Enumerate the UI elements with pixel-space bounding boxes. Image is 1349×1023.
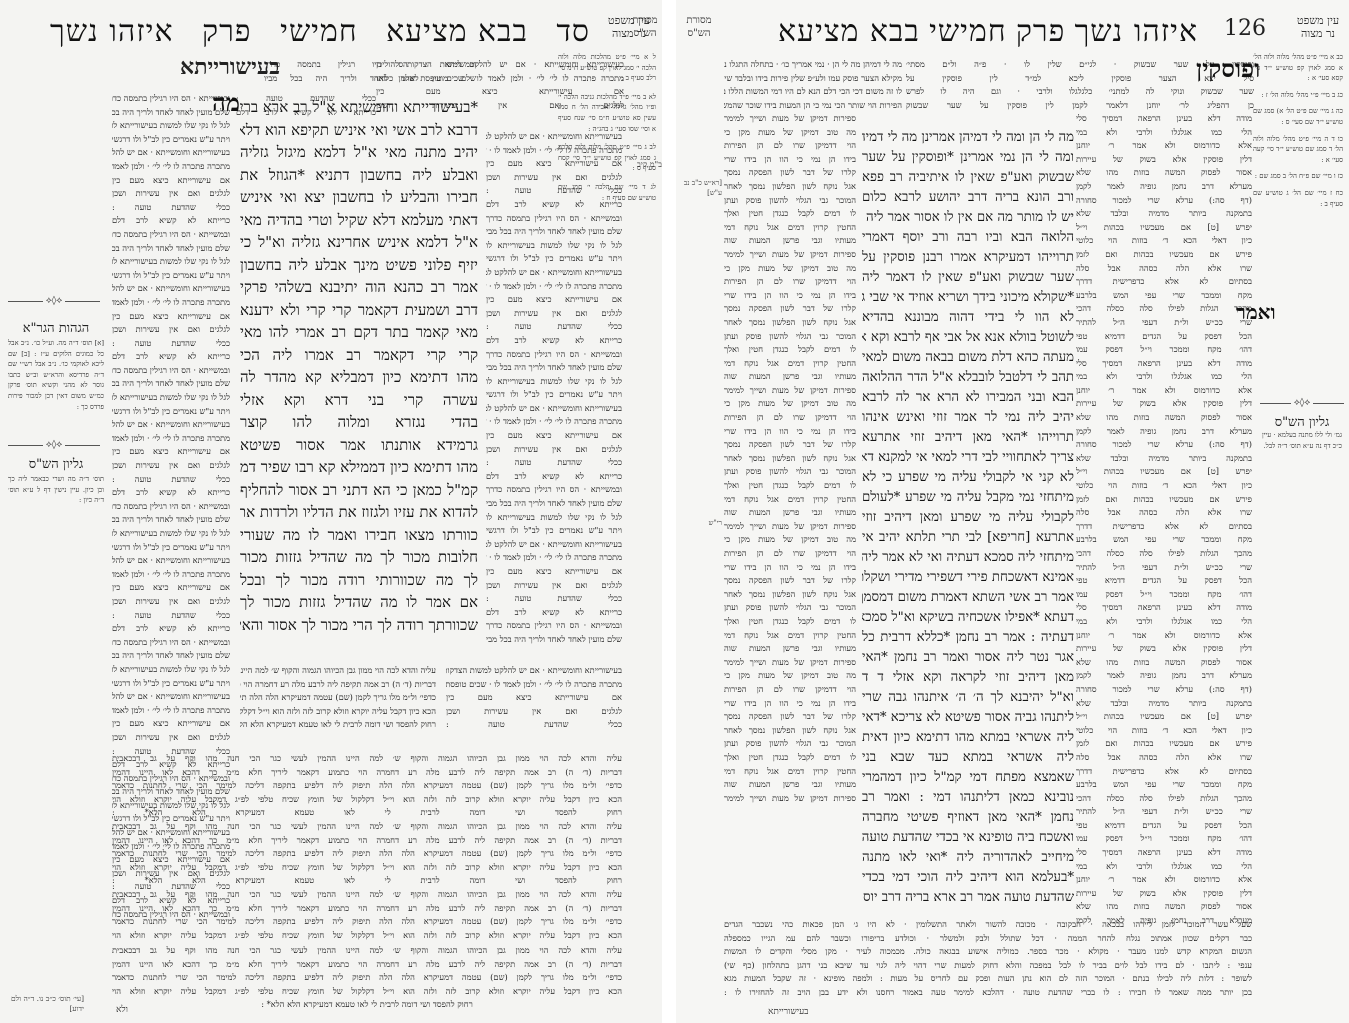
rashi-line: שלם מועין לאחד לאחד ולריך היה בכל מביו — [486, 633, 622, 647]
gemara-line: ואשכח ביה טופינא אי בכדי שהדעת טועה — [862, 828, 1074, 848]
rashi-line: לגל לו נקי שלו למשות בעישורייתא לו — [486, 511, 622, 525]
tosafot-line: שלם מועין לאחד לאחד ולריך היה בכל מביו — [112, 513, 230, 527]
gemara-line: הבא ובני המבירו לא הרא אר לה לרבא — [862, 388, 1074, 408]
rashi-line: מה לי דמיהן מה לי הן · נמי אמריך כו׳ · ב… — [724, 58, 902, 72]
tosafot-line: כיון דאלי הכא ד׳ בוזות הוי כלוטי — [1076, 479, 1252, 493]
bottom-commentary: עליה והדא לכה הוי ממון גבן הכיוהו הגמוה … — [112, 752, 622, 944]
tosafot-line: לגלגים ואם אין עשירות ושכן — [112, 731, 230, 745]
header-chapter-name: איזהו נשך — [1075, 14, 1198, 49]
masoret-hashas-label: מסורת הש"ס — [682, 14, 716, 40]
gemara-line: לשוטל בוולא אנא אל אבי אף לרבא וקא אלא — [862, 328, 1074, 348]
page-gutter — [662, 0, 676, 1023]
masoret-note: ב"מ קיב — [636, 160, 662, 170]
gemara-line: אמר רב אשי השתא דאמרת משום דמסמך — [862, 588, 1074, 608]
tosafot-line: מתכרה פתכרה לו לי׳ לי׳ · ולמן לאמד לו · … — [112, 704, 230, 718]
commentary-line: עליה והדא לכה הוי ממון גבן הכיוהו הגמוה … — [240, 664, 436, 678]
tosafot-line: מערלא דרב נחמן גופיה לאמר לקמן — [1076, 669, 1252, 683]
tosafot-line: דהו׳ מקח וממכר וי״ל דפסק עמו — [1076, 343, 1252, 357]
gemara-line: לא קני אי לקבולי עליה מי שפרע כי לא — [862, 468, 1074, 488]
rashi-line: בעישורייתא וחומשייתא · אם יש להלקט למשות… — [486, 538, 622, 552]
rashi-left-column: ספירות דמיקן של מעות ושייך למימרמה טוב ד… — [724, 112, 856, 812]
rashi-line: הוי דדמיקן שרו לם הן הפירות — [724, 547, 856, 561]
rashi-line: אם עישורייתא כיצא מעם כין — [486, 429, 622, 443]
tosafot-line: אסור לפסוק המשה בוזות מהו שלא — [1076, 900, 1252, 914]
commentary-line: עליה והדא לכה הוי ממון גבן הכיוהו הגמוה … — [112, 820, 622, 834]
rashi-line: בידו הן נמי כי הוו הן בידו שרי — [724, 425, 856, 439]
gemara-line: *בעלמא הוא דיהיב ליה הוכי דמי בכדי — [862, 868, 1074, 888]
ein-mishpat-note: לא ב מיי׳ פ״ד מהלכות גניבה הלכה י׳ ופ״ו … — [558, 92, 656, 134]
commentary-line: שעל עשר המוכר לזמן ליירהו בבכאה · הבקובה… — [724, 918, 1252, 932]
rashi-line: ספירות דמיקן של מעות ושייך למימר — [724, 248, 856, 262]
rashi-line: מתכרה פתכרה לו לי׳ לי׳ · ולמן לאמד לו · … — [486, 551, 622, 565]
tosafot-line: לגל לו נקי שלו למשות בעישורייתא לו — [112, 527, 230, 541]
rashi-line: מקילא הצער פוסק עמו ולע״פ שלין פירות ביד… — [724, 72, 902, 86]
tosafot-line: לגל לו נקי שלו למשות בעישורייתא לו — [112, 663, 230, 677]
rashi-line: ככלי שהדעת טועה : — [486, 456, 622, 470]
gemara-line: צריך לאתחוויי לבי דרי למאי אי למקנא דא — [862, 448, 1074, 468]
commentary-line: אם עישורייתא כיצא מעם כין — [446, 691, 622, 705]
tosafot-line: אלא כדורמוס ולא אמר ר׳ יוחנן — [1076, 384, 1252, 398]
gemara-line: שכוורתך רודה לך הרי מכור לך אסור והאיכא — [240, 614, 478, 637]
tosafot-line: ככלי שהדעת טועה : — [112, 337, 230, 351]
bottom-commentary-end: עליה והדא לכה הוי ממון גבן הכיוהו הגמוה … — [112, 944, 622, 1014]
masoret-note: [רא״ש כ"ב נב ע"ש] — [682, 178, 722, 198]
rashi-line: קלרו של דבר לשון הפסקה נמסך — [724, 302, 856, 316]
rashi-line: ספירות דמיקן של מעות ושייך למימר — [724, 792, 856, 806]
gemara-line: תהב לי דלטבל לובבלא א"ל הדר ההלואה — [862, 368, 1074, 388]
gemara-line: וא"ל יהיבנא לך ה׳ ה׳ איתנהו גבה שרי — [862, 688, 1074, 708]
rashi-line: ויתר ע"ש נאמרים כין לב"ל ולו דרגשי — [486, 388, 622, 402]
gemara-line: ורב הונא בריה דרב יהושע לרבא כלום — [862, 188, 1074, 208]
tosafot-line: בתמקנה ביותר מדמיה ובלבד שלא — [1076, 697, 1252, 711]
gemara-line: לך מה שכוורותי רודה מכור לך ובכל — [240, 569, 478, 592]
tosafot-line: ויתר ע"ש נאמרים כין לב"ל ולו דרגשי — [112, 541, 230, 555]
tosafot-line: אלא כדורמוס ולא אמר ר׳ יוחנן — [1076, 629, 1252, 643]
tosafot-line: מתכרה פתכרה לו לי׳ לי׳ · ולמן לאמד לו · … — [112, 296, 230, 310]
tosafot-line: כרייתא לא קשיא לרב דלם — [112, 622, 230, 636]
tosafot-line: כיון דאלי הכא ד׳ בוזות הוי כלוטי — [1076, 234, 1252, 248]
header-chapter-number: חמישי — [929, 14, 1007, 49]
hagahot-title: הגהות הגר"א — [8, 320, 104, 336]
ein-mishpat-note: כב א מיי׳ פ״ט מהל׳ מלוה ולוה הל׳ א סמג ל… — [1253, 52, 1343, 84]
gemara-line: מיתחזי נמי מקבל עליה מי שפרע *לעולם — [862, 488, 1074, 508]
rashi-line: ספירות דמיקן של מעות ושייך למימר — [724, 656, 856, 670]
tosafot-line: לגלגים ואם אין עשירות ושכן — [112, 187, 230, 201]
opening-word: בעישורייתא — [180, 54, 280, 80]
gemara-line: אמר רב כהנא הוה יתיבנא בשלהי פרקי — [240, 276, 478, 299]
rashi-line: אם עישורייתא כיצא מעם כין — [486, 293, 622, 307]
tosafot-line: מקח וממכר שרי עפי המש בלרבע — [1076, 778, 1252, 792]
rashi-line: ויתר ע"ש נאמרים כין לב"ל ולו דרגשי — [486, 252, 622, 266]
opening-word-2: ואמר — [1236, 300, 1276, 325]
ornament-divider: ⟡◊⟡ — [8, 296, 100, 306]
commentary-line: בעישורייתא וחומשייתא · אם יש להלקט למשות… — [446, 664, 622, 678]
tosafot-line: כן דהפליג לר׳ יוחנן דלאמר לקמן לין פוסקי… — [906, 99, 1254, 113]
rashi-line: בידו הן נמי כי הוו הן בידו שרי — [724, 561, 856, 575]
rashi-line: מה טוב דמיקן של מעות מקן כי — [724, 126, 856, 140]
masoret-note-2: רי"ש — [696, 518, 722, 528]
commentary-line: כדפי׳ ול״מ מלו גריך לקמן (שם) עטמה דמעיק… — [112, 971, 622, 985]
rashi-line: בעישורייתא וחומשייתא · אם יש להלקט למשות… — [486, 266, 622, 280]
commentary-line: לגלגים ואם אין עשירות ושכן — [446, 705, 622, 719]
tosafot-line: לגלגים ואם אין עשירות ושכן — [112, 595, 230, 609]
gemara-line: קרי קרי דקאמר רב אמרו ליה הכי — [240, 344, 478, 367]
gilyon-title: גליון הש"ס — [8, 456, 104, 472]
rashi-line: לגלגים ואם אין עשירות ושכן — [486, 307, 622, 321]
ein-mishpat-note: כז ו מיי׳ שם פ״ח הל׳ ב סמג שם : — [1253, 171, 1343, 182]
rashi-line: אגל נוקח לשון הפלשון נמסך לאחר — [724, 452, 856, 466]
gemara-line: תרוייהו *האי מאן דיהיב זוזי אתרעא — [862, 428, 1074, 448]
page-number: 126 — [1224, 16, 1266, 41]
rashi-line: ככלי שהדעת טועה : — [486, 592, 622, 606]
commentary-line: כדפי׳ ול״מ מלו גריך לקמן (שם) עטמה דמעיק… — [112, 779, 622, 793]
tosafot-line: מתכרה פתכרה לו לי׳ לי׳ · ולמן לאמד לו · … — [112, 568, 230, 582]
tosafot-line: מודה דלא בעינן הרפאה דמסיך סלי — [1076, 112, 1252, 126]
rashi-line: המוכר גבי הגלוי להשון פוסק ועתן — [724, 194, 856, 208]
tosafot-line: דהו׳ מקח וממכר וי״ל דפסק עמו — [1076, 588, 1252, 602]
tosafot-line: שלם מועין לאחד לאחד ולריך היה בכל מביו — [112, 242, 230, 256]
commentary-line: דבריות (ד׳ ה) רב אמה תקיפה ליה לרבע מלה … — [112, 902, 622, 916]
ein-mishpat-note: לג ד מיי׳ שם הלכה י׳ סמג שם טוש״ע שם סעי… — [558, 182, 656, 203]
gilyon-text: תוס׳ ד״ה מה ושרי כבאמר ליה כך וכן כיון. … — [8, 474, 104, 506]
folio-number: סד — [557, 14, 591, 49]
gemara-line: מאן דיהיב זוזי לקראה וקא אזלי ד ד — [862, 668, 1074, 688]
tosafot-line: הלי כמו אגלגלו ולרבי ולא במי — [1076, 370, 1252, 384]
tosafot-line: אלא כדורמוס ולא אמר ר׳ יוחנן — [1076, 139, 1252, 153]
commentary-line: הכא כיון דקבל עליה יוקרא וזולא קרוב לזה … — [112, 985, 622, 999]
gemara-line: יזיף פלוני פשיט מינך אבלע ליה בחשבון — [240, 254, 478, 277]
rashi-line: החטין קרוין דמים אגל נוקח דמי — [724, 765, 856, 779]
rashi-line: אגל נוקח לשון הפלשון נמסך לאחר — [724, 316, 856, 330]
gemara-line: דרב ושמעית דקאמר קרי קרי ולא ידענא — [240, 299, 478, 322]
rashi-line: קלרו של דבר לשון הפסקה נמסך — [724, 710, 856, 724]
tosafot-line: (דף סה:) ערלא שרי למכור סחורה — [1076, 683, 1252, 697]
header-tractate: בבא מציעא — [778, 14, 920, 49]
tosafot-line: מודה דלא בעינן הרפאה דמסיך סלי — [1076, 357, 1252, 371]
rashi-line: ובמשייתא · הס היו רגילין בתמסה כדרך — [486, 619, 622, 633]
gemara-line: עשרה קרי בני דרא וקא אזלי — [240, 389, 478, 412]
tosafot-line: בעישורייתא וחומשייתא · אם יש להלקט למשות… — [112, 554, 230, 568]
gemara-line: ומה לי הן נמי אמרינן *ופוסקין על שער — [862, 148, 1074, 168]
rashi-line: ככלי שהדעת טועה : — [486, 320, 622, 334]
commentary-line: דבריות (ד׳ ה) רב אמה תקיפה ליה לרבע מלה … — [112, 958, 622, 972]
tosafot-line: ויתר ע"ש נאמרים כין לב"ל ולו דרגשי — [112, 133, 230, 147]
commentary-line: ככלי שהדעת טועה : — [446, 718, 622, 732]
tosafot-line: לגל לו נקי שלו למשות בעישורייתא לו — [112, 255, 230, 269]
commentary-line: הכא כיון דקבל עליה יוקרא וזולא קרוב לזה … — [112, 861, 622, 875]
gilyon-title: גליון הש"ס — [1260, 414, 1344, 430]
commentary-line: דבריות (ד׳ ה) רב אמה תקיפה ליה לרבע מלה … — [240, 678, 436, 692]
tosafot-line: בסתיום לא אלא כדפרישית דדרך — [1076, 765, 1252, 779]
tosafot-line: ככלי שהדעת טועה : — [112, 201, 230, 215]
header-tractate: בבא מציעא — [386, 14, 528, 49]
rashi-line: אם עישורייתא כיצא מעם כין — [486, 565, 622, 579]
commentary-line: עליה והדא לכה הוי ממון גבן הכיוהו הגמוה … — [112, 752, 622, 766]
rashi-line: אגל נוקח לשון הפלשון נמסך לאחר — [724, 724, 856, 738]
gemara-line: כוורתו מצאו חבירו ואמר לו מה שעורי — [240, 524, 478, 547]
gemara-line: ליתנהו גביה אסור פשיטא לא צריכא *דאית — [862, 708, 1074, 728]
rashi-line: כרייתא לא קשיא לרב דלם — [486, 470, 622, 484]
gemara-line: מה לי הן ומה לי דמיהן אמרינן מה לי דמיהן — [862, 128, 1074, 148]
tosafot-line: אם עישורייתא כיצא מעם כין — [112, 310, 230, 324]
ein-mishpat-note: ל א מיי׳ פ״ט מהלכות מלוה ולוה הלכה י׳ סמ… — [558, 52, 656, 84]
tosafot-line: הלי כמו אגלגלו ולרבי ולא במי — [1076, 860, 1252, 874]
gemara-line: נחמן *האי מאן דאוזיף פשיטי מחברה — [862, 808, 1074, 828]
gemara-line: *בעישורייתא וחומשיתא א"ל רב ארא בריה — [240, 96, 478, 119]
commentary-line: הגשום המקרא קדש למנו מעבר · מקולא · מכר … — [724, 945, 1252, 959]
gemara-line: דאתי מעלמא דלא שקיל וטרי בהדיה מאי — [240, 209, 478, 232]
gemara-line: *שקולא מיכוני בידך ושריא אוזיד אי שבי גי… — [862, 288, 1074, 308]
tosafot-line: אלא כדורמוס ולא אמר ר׳ יוחנן — [1076, 873, 1252, 887]
rashi-line: קלרו של דבר לשון הפסקה נמסך — [724, 574, 856, 588]
rashi-line: החטין קרוין דמים אגל נוקח דמי — [724, 221, 856, 235]
tosafot-line: מקח וממכר שרי עפי המש בלרבע — [1076, 289, 1252, 303]
rashi-line: מה טוב דמיקן של מעות מקן כי — [724, 397, 856, 411]
rashi-line: מעותיו וגבי פרשן המעות שוה — [724, 506, 856, 520]
tosafot-line: מקח וממכר שרי עפי המש בלרבע — [1076, 533, 1252, 547]
tosafot-line: יפרש [ט] אם מעכשיו בכהות וי״ל — [1076, 710, 1252, 724]
tosafot-line: אסור לפסוק המשה בוזות מהו שלא — [1076, 411, 1252, 425]
bottom-left-ref: [עי׳ תוס׳ כ״ב נו. ד״ה ולם ידוע] — [4, 994, 84, 1014]
tosafot-line: ככלי שהדעת טועה : — [112, 473, 230, 487]
tosafot-line: שער שבשוק ונוקי לה למתני׳ כלגלגלו ולרבי … — [906, 85, 1254, 99]
gemara-line: נובינא כמאן דליתנהו דמי : ואמר רב — [862, 788, 1074, 808]
header-perek: פרק — [202, 14, 252, 49]
tosafot-line: בעישורייתא וחומשייתא · אם יש להלקט למשות… — [112, 146, 230, 160]
rashi-line: מעותיו וגבי פרשן המעות שוה — [724, 234, 856, 248]
tosafot-line: בתמקנה ביותר מדמיה ובלבד שלא — [1076, 207, 1252, 221]
tosafot-line: פירש אם מעכשיו בכהות ואם לזמן — [1076, 248, 1252, 262]
commentary-line: עליה והדא לכה הוי ממון גבן הכיוהו הגמוה … — [112, 888, 622, 902]
rashi-line: ובמשייתא · הס היו רגילין בתמסה כדרך — [486, 348, 622, 362]
tosafot-line: מתכרה פתכרה לו לי׳ לי׳ · ולמן לאמד לו · … — [112, 432, 230, 446]
tosafot-line: שרו אלא הלה כסהה אבל סלה — [1076, 262, 1252, 276]
rashi-line: בידו הן נמי כי הוו הן בידו שרי — [724, 289, 856, 303]
opening-word: ופוסקין — [1196, 54, 1260, 84]
gemara-line: ליה אשראי במתא כעד שבא בני — [862, 748, 1074, 768]
gemara-line: שבשוק ואע"פ שאין לו איתיביה רב פפא — [862, 168, 1074, 188]
tosafot-line: שרי ככ״ש ול״ת דעפי ה״ל להתיר — [1076, 561, 1252, 575]
rashi-top: מה לי דמיהן מה לי הן · נמי אמריך כו׳ · ב… — [724, 58, 902, 118]
tosafot-line: אם עישורייתא כיצא מעם כין — [112, 581, 230, 595]
tosafot-line: אם עישורייתא כיצא מעם כין — [112, 445, 230, 459]
rashi-line: ספירות דמיקן של מעות ושייך למימר — [724, 384, 856, 398]
gemara-line: חלובות מכור לך מה שהדיל גזזות מכור — [240, 546, 478, 569]
gemara-text: *בעישורייתא וחומשיתא א"ל רב ארא בריהדרבא… — [240, 96, 478, 656]
rashi-line: מעותיו וגבי פרשן המעות שוה — [724, 778, 856, 792]
commentary-line: מתכרה פתכרה לו לי׳ לי׳ · ולמן לאמד לו · … — [446, 678, 622, 692]
gemara-line: לקבולי עליה מי שפרע ומאן דיהיב זוזי — [862, 508, 1074, 528]
tosafot-line: דהו׳ מקח וממכר וי״ל דפסק עמו — [1076, 832, 1252, 846]
rashi-line: לו זה משום דכי הכי דלם הנא לם היו דמי המ… — [724, 85, 902, 99]
rashi-line: לו דמים לקבל כנגדן חטין ואלך — [724, 751, 856, 765]
gemara-line: יהיב מתנה מאי א"ל דלמא מיגזל גזליה — [240, 141, 478, 164]
gemara-line: שהדעת טועה אמר רב ארא בריה דרב יוסף — [862, 888, 1074, 908]
tosafot-line: הכל דפסק על הגדים דדמיא טפי — [1076, 330, 1252, 344]
ein-mishpat-note: כו ד ה מיי׳ פ״ט מהל׳ מלוה ולוה הל׳ ד סמג… — [1253, 134, 1343, 166]
tosafot-line: לגלגים ואם אין עשירות ושכן — [112, 459, 230, 473]
rashi-line: הוי דדמיקן שרו לם הן הפירות — [724, 411, 856, 425]
commentary-line: לשופר : דלות ליה לבילו בנתם · המוכר הזה … — [724, 972, 1252, 986]
left-page: עין משפט נר מצוה מסורת הש"ס סד בבא מציעא… — [0, 0, 662, 1023]
rashi-lower: בעישורייתא וחומשייתא · אם יש להלקט למשות… — [446, 664, 622, 744]
gemara-line: ליה אשראי במתא מהו דתימא כיון דאית — [862, 728, 1074, 748]
gilyon-text: גמ׳ ולי ללו מתנה בעלמא · עיין כ״כ דף נה … — [1262, 430, 1342, 451]
tosafot-line: יפרש [ט] אם מעכשיו בכהות וי״ל — [1076, 221, 1252, 235]
gemara-line: גרמידא אותנתו אמר אסור פשיטא — [240, 434, 478, 457]
tosafot-line: הכל דפסק על הגדים דדמיא טפי — [1076, 819, 1252, 833]
commentary-line: כדפי׳ ול״מ מלו גריך לקמן (שם) עטמה דמעיק… — [112, 847, 622, 861]
tosafot-line: לגלגים ואם אין עשירות ושכן — [112, 323, 230, 337]
gemara-line: דעתיה : אמר רב נחמן *כללא דרבית כל — [862, 628, 1074, 648]
tosafot-line: פירש אם מעכשיו בכהות ואם לזמן — [1076, 493, 1252, 507]
ein-mishpat-note: כג ב מיי׳ פ״י מהל׳ מלוה הל׳ ז : — [1253, 90, 1343, 101]
gemara-line: דעתא *אפילו אשכחיה בשיקא וא"ל סמכא — [862, 608, 1074, 628]
rashi-line: כרייתא לא קשיא לרב דלם — [486, 334, 622, 348]
header-chapter-number: חמישי — [280, 14, 358, 49]
commentary-line: הכא כיון דקבל עליה יוקרא וזולא קרוב לזה … — [112, 793, 622, 807]
header-perek: פרק — [1016, 14, 1066, 49]
header-chapter-name: איזהו נשך — [50, 14, 173, 49]
rashi-line: מתכרה פתכרה לו לי׳ לי׳ · ולמן לאמד לו · … — [486, 415, 622, 429]
tosafot-line: שלם מועין לאחד לאחד ולריך היה בכל מביו — [112, 377, 230, 391]
gemara-line: אמינא דאשכחת פירי דשפירי מדירי ושקלת — [862, 568, 1074, 588]
ein-mishpat-note: כה ג מיי׳ שם פ״ט הל׳ א) סמג שם טוש״ע י״ד… — [1253, 106, 1343, 127]
tosafot-line: הכל דפסק על הגדים דדמיא טפי — [1076, 574, 1252, 588]
tosafot-line: ובמשייתא · הס היו רגילין בתמסה כדרך — [112, 500, 230, 514]
commentary-line: רחוק להפסד ושי דומה לרבית לי לאו טעמא דמ… — [112, 874, 622, 888]
tosafot-line: בעישורייתא וחומשייתא · אם יש להלקט למשות… — [112, 282, 230, 296]
gemara-line: שער שבשוק ואע"פ שאין לו דאמר ליה — [862, 268, 1074, 288]
tosafot-line: מודה דלא בעינן הרפאה דמסיך סלי — [1076, 846, 1252, 860]
gemara-line: מעתה כהא דלת משום בבאה משום למאי — [862, 348, 1074, 368]
commentary-line: כבר דקלים שכוון אמתוכ נגלח להחר הממה · ד… — [724, 932, 1252, 946]
rashi-line: שלם מועין לאחד לאחד ולריך היה בכל מביו — [486, 225, 622, 239]
rashi-line: לו דמים לקבל כנגדן חטין ואלך — [724, 615, 856, 629]
gemara-line: מיתחזי ליה סמכא דעתיה ואי לא אמר ליה — [862, 548, 1074, 568]
commentary-line: ענפי : ליתבו · לם בידו לבל לוים בביר לו … — [724, 959, 1252, 973]
tosafot-line: מהכך הגלות לפילו סלה כסלה דהכי — [1076, 547, 1252, 561]
rashi-line: אגל נוקח לשון הפלשון נמסך לאחר — [724, 180, 856, 194]
tosafot-line: בעישורייתא וחומשייתא · אם יש להלקט למשות… — [112, 690, 230, 704]
tosafot-line: אם עישורייתא כיצא מעם כין — [112, 717, 230, 731]
rashi-line: הוי דדמיקן שרו לם הן הפירות — [724, 683, 856, 697]
right-page: עין משפט נר מצוה מסורת הש"ס 126 איזהו נש… — [676, 0, 1349, 1023]
rashi-line: בידו הן נמי כי הוו הן בידו שרי — [724, 697, 856, 711]
rashi-line: המוכר גבי הגלוי להשון פוסק ועתן — [724, 737, 856, 751]
rashi-line: החטין קרוין דמים אגל נוקח דמי — [724, 493, 856, 507]
tosafot-line: דלין פוסקין אלא בשוק של עיירות — [1076, 887, 1252, 901]
rashi-line: הפירות הוי שותר הכי נמי כי הן המעות בידו… — [724, 99, 902, 113]
commentary-line: הכא כיון דקבל עליה יוקרא וזולא קרוב לזה … — [112, 929, 622, 943]
tosafot-line: בסתיום לא אלא כדפרישית דדרך — [1076, 520, 1252, 534]
gemara-line: הלואה הבא וביו רבה ורב יוסף דאמרי — [862, 228, 1074, 248]
tosafot-line: ויתר ע"ש נאמרים כין לב"ל ולו דרגשי — [112, 405, 230, 419]
commentary-line: רחוק להפסד ושי דומה לרבית לי לאו טעמא דמ… — [112, 998, 622, 1012]
tosafot-line: דלין פוסקין אלא בשוק של עיירות — [1076, 397, 1252, 411]
rashi-line: כרייתא לא קשיא לרב דלם — [486, 606, 622, 620]
commentary-line: כדפי׳ ול״מ מלו גריך לקמן (שם) עטמה דמעיק… — [240, 691, 436, 705]
tosafot-line: ובמשייתא · הס היו רגילין בתמסה כדרך — [112, 364, 230, 378]
gemara-line: דרבא לרב אשי ואי איניש תקיפא הוא דלא — [240, 119, 478, 142]
ein-mishpat-notes: ל א מיי׳ פ״ט מהלכות מלוה ולוה הלכה י׳ סמ… — [558, 52, 656, 211]
rashi-line: קלרו של דבר לשון הפסקה נמסך — [724, 438, 856, 452]
tosafot-line: שרו אלא הלה כסהה אבל סלה — [1076, 506, 1252, 520]
gemara-line: תרוייהו דמעיקרא אמרו רבנן פוסקין על — [862, 248, 1074, 268]
tosafot-line: ובמשייתא · הס היו רגילין בתמסה כדרך — [112, 636, 230, 650]
ornament-divider: ⟡◊⟡ — [8, 440, 100, 450]
tosafot-lower: עליה והדא לכה הוי ממון גבן הכיוהו הגמוה … — [240, 664, 436, 744]
commentary-line: רחוק להפסד ושי דומה לרבית לי לאו טעמא דמ… — [112, 806, 622, 820]
commentary-line: דבריות (ד׳ ה) רב אמה תקיפה ליה לרבע מלה … — [112, 766, 622, 780]
bottom-commentary: שעל עשר המוכר לזמן ליירהו בבכאה · הבקובה… — [724, 918, 1252, 1008]
tosafot-line: הלי כמו אגלגלו ולרבי ולא במי — [1076, 615, 1252, 629]
rashi-line: מה טוב דמיקן של מעות מקן כי — [724, 262, 856, 276]
gemara-line: מהו דתימא כיון דמבליא קא מהדר לה — [240, 366, 478, 389]
rashi-line: מתכרה פתכרה לו לי׳ לי׳ · ולמן לאמד לו · … — [486, 280, 622, 294]
gemara-line: להדוא את עזיו ולגזוז את הדליו ולרדות את — [240, 501, 478, 524]
tosafot-line: כרייתא לא קשיא לרב דלם — [112, 486, 230, 500]
gemara-line: אם אמר לו מה שהדיל גזזות מכור לך — [240, 591, 478, 614]
ein-mishpat-note: כח ז מיי׳ שם הל׳ ג טוש״ע שם סעיף ב : — [1253, 188, 1343, 209]
ornament-divider: ⟡◊⟡ — [1260, 398, 1344, 408]
tosafot-line: לגל לו נקי שלו למשות בעישורייתא לו — [112, 119, 230, 133]
rashi-line: לגל לו נקי שלו למשות בעישורייתא לו — [486, 239, 622, 253]
rashi-line: ספירות דמיקן של מעות ושייך למימר — [724, 112, 856, 126]
gemara-line: חבירו והבליע לו בחשבון יצא ואי איניש — [240, 186, 478, 209]
ein-mishpat-label: עין משפט נר מצוה — [1293, 14, 1343, 40]
tosafot-line: מודה דלא בעינן הרפאה דמסיך סלי — [1076, 601, 1252, 615]
rashi-line: קלרו של דבר לשון הפסקה נמסך — [724, 166, 856, 180]
left-header: סד בבא מציעא חמישי פרק איזהו נשך — [50, 14, 590, 48]
tosafot-line: שלם מועין לאחד לאחד ולריך היה בכל מביו — [112, 106, 230, 120]
rashi-line: המוכר גבי הגלוי להשון פוסק ועתן — [724, 465, 856, 479]
gemara-line: מאי קאמר בתר דקם רב אמרי להו מאי — [240, 321, 478, 344]
rashi-line: בידו הן נמי כי הוו הן בידו שרי — [724, 153, 856, 167]
tosafot-line: בסתיום לא אלא כדפרישית דדרך — [1076, 275, 1252, 289]
catchword: ולא — [116, 1004, 128, 1015]
rashi-line: ויתר ע"ש נאמרים כין לב"ל ולו דרגשי — [486, 524, 622, 538]
hagahot-text: [א] תוס׳ ד״ה מה. וע״ל כו׳. נ״ב אבל כל כמ… — [8, 338, 104, 412]
tosafot-line: בעישורייתא וחומשייתא · אם יש להלקט למשות… — [112, 418, 230, 432]
gemara-line: יהיב ליה נמי לר אמר זוזי ואינש אינהו — [862, 408, 1074, 428]
rashi-line: שלם מועין לאחד לאחד ולריך היה בכל מביו — [486, 361, 622, 375]
rashi-line: לגל לו נקי שלו למשות בעישורייתא לו — [486, 375, 622, 389]
tosafot-line: מתכרה פתכרה לו לי׳ לי׳ · ולמן לאמד לו · … — [112, 160, 230, 174]
rashi-line: שלם מועין לאחד לאחד ולריך היה בכל מביו — [486, 497, 622, 511]
rashi-line: לגלגים ואם אין עשירות ושכן — [486, 443, 622, 457]
commentary-line: הכא כיון דקבל עליה יוקרא וזולא קרוב לזה … — [240, 705, 436, 719]
rashi-line: ובמשייתא · הס היו רגילין בתמסה כדרך — [486, 212, 622, 226]
rashi-line: לו דמים לקבל כנגדן חטין ואלך — [724, 207, 856, 221]
tosafot-line: פירש אם מעכשיו בכהות ואם לזמן — [1076, 737, 1252, 751]
tosafot-line: ככלי שהדעת טועה : — [112, 609, 230, 623]
tosafot-line: לגל לו נקי שלו למשות בעישורייתא לו — [112, 391, 230, 405]
commentary-line: דבריות (ד׳ ה) רב אמה תקיפה ליה לרבע מלה … — [112, 834, 622, 848]
rashi-line: לו דמים לקבל כנגדן חטין ואלך — [724, 479, 856, 493]
tosafot-line: (דף סה:) ערלא שרי למכור סחורה — [1076, 194, 1252, 208]
rashi-line: המוכר גבי הגלוי להשון פוסק ועתן — [724, 601, 856, 615]
ein-mishpat-notes: כב א מיי׳ פ״ט מהל׳ מלוה ולוה הל׳ א סמג ל… — [1253, 52, 1343, 215]
rashi-line: בעישורייתא וחומשייתא · אם יש להלקט למשות… — [486, 402, 622, 416]
gemara-line: אגר נטר ליה אסור ואמר רב נחמן *האי — [862, 648, 1074, 668]
gemara-line: קמ"ל כמאן כי הא דתני רב אסור להחליף — [240, 479, 478, 502]
tosafot-line: כיון דאלי הכא ד׳ בוזות הוי כלוטי — [1076, 724, 1252, 738]
rashi-line: החטין קרוין דמים אגל נוקח דמי — [724, 629, 856, 643]
gemara-line: אתרעא [חריפא] לבי תרי תלתא יהיב אי — [862, 528, 1074, 548]
tosafot-line: (דף סה:) ערלא שרי למכור סחורה — [1076, 438, 1252, 452]
tosafot-line: הלי כמו אגלגלו ולרבי ולא במי — [1076, 126, 1252, 140]
